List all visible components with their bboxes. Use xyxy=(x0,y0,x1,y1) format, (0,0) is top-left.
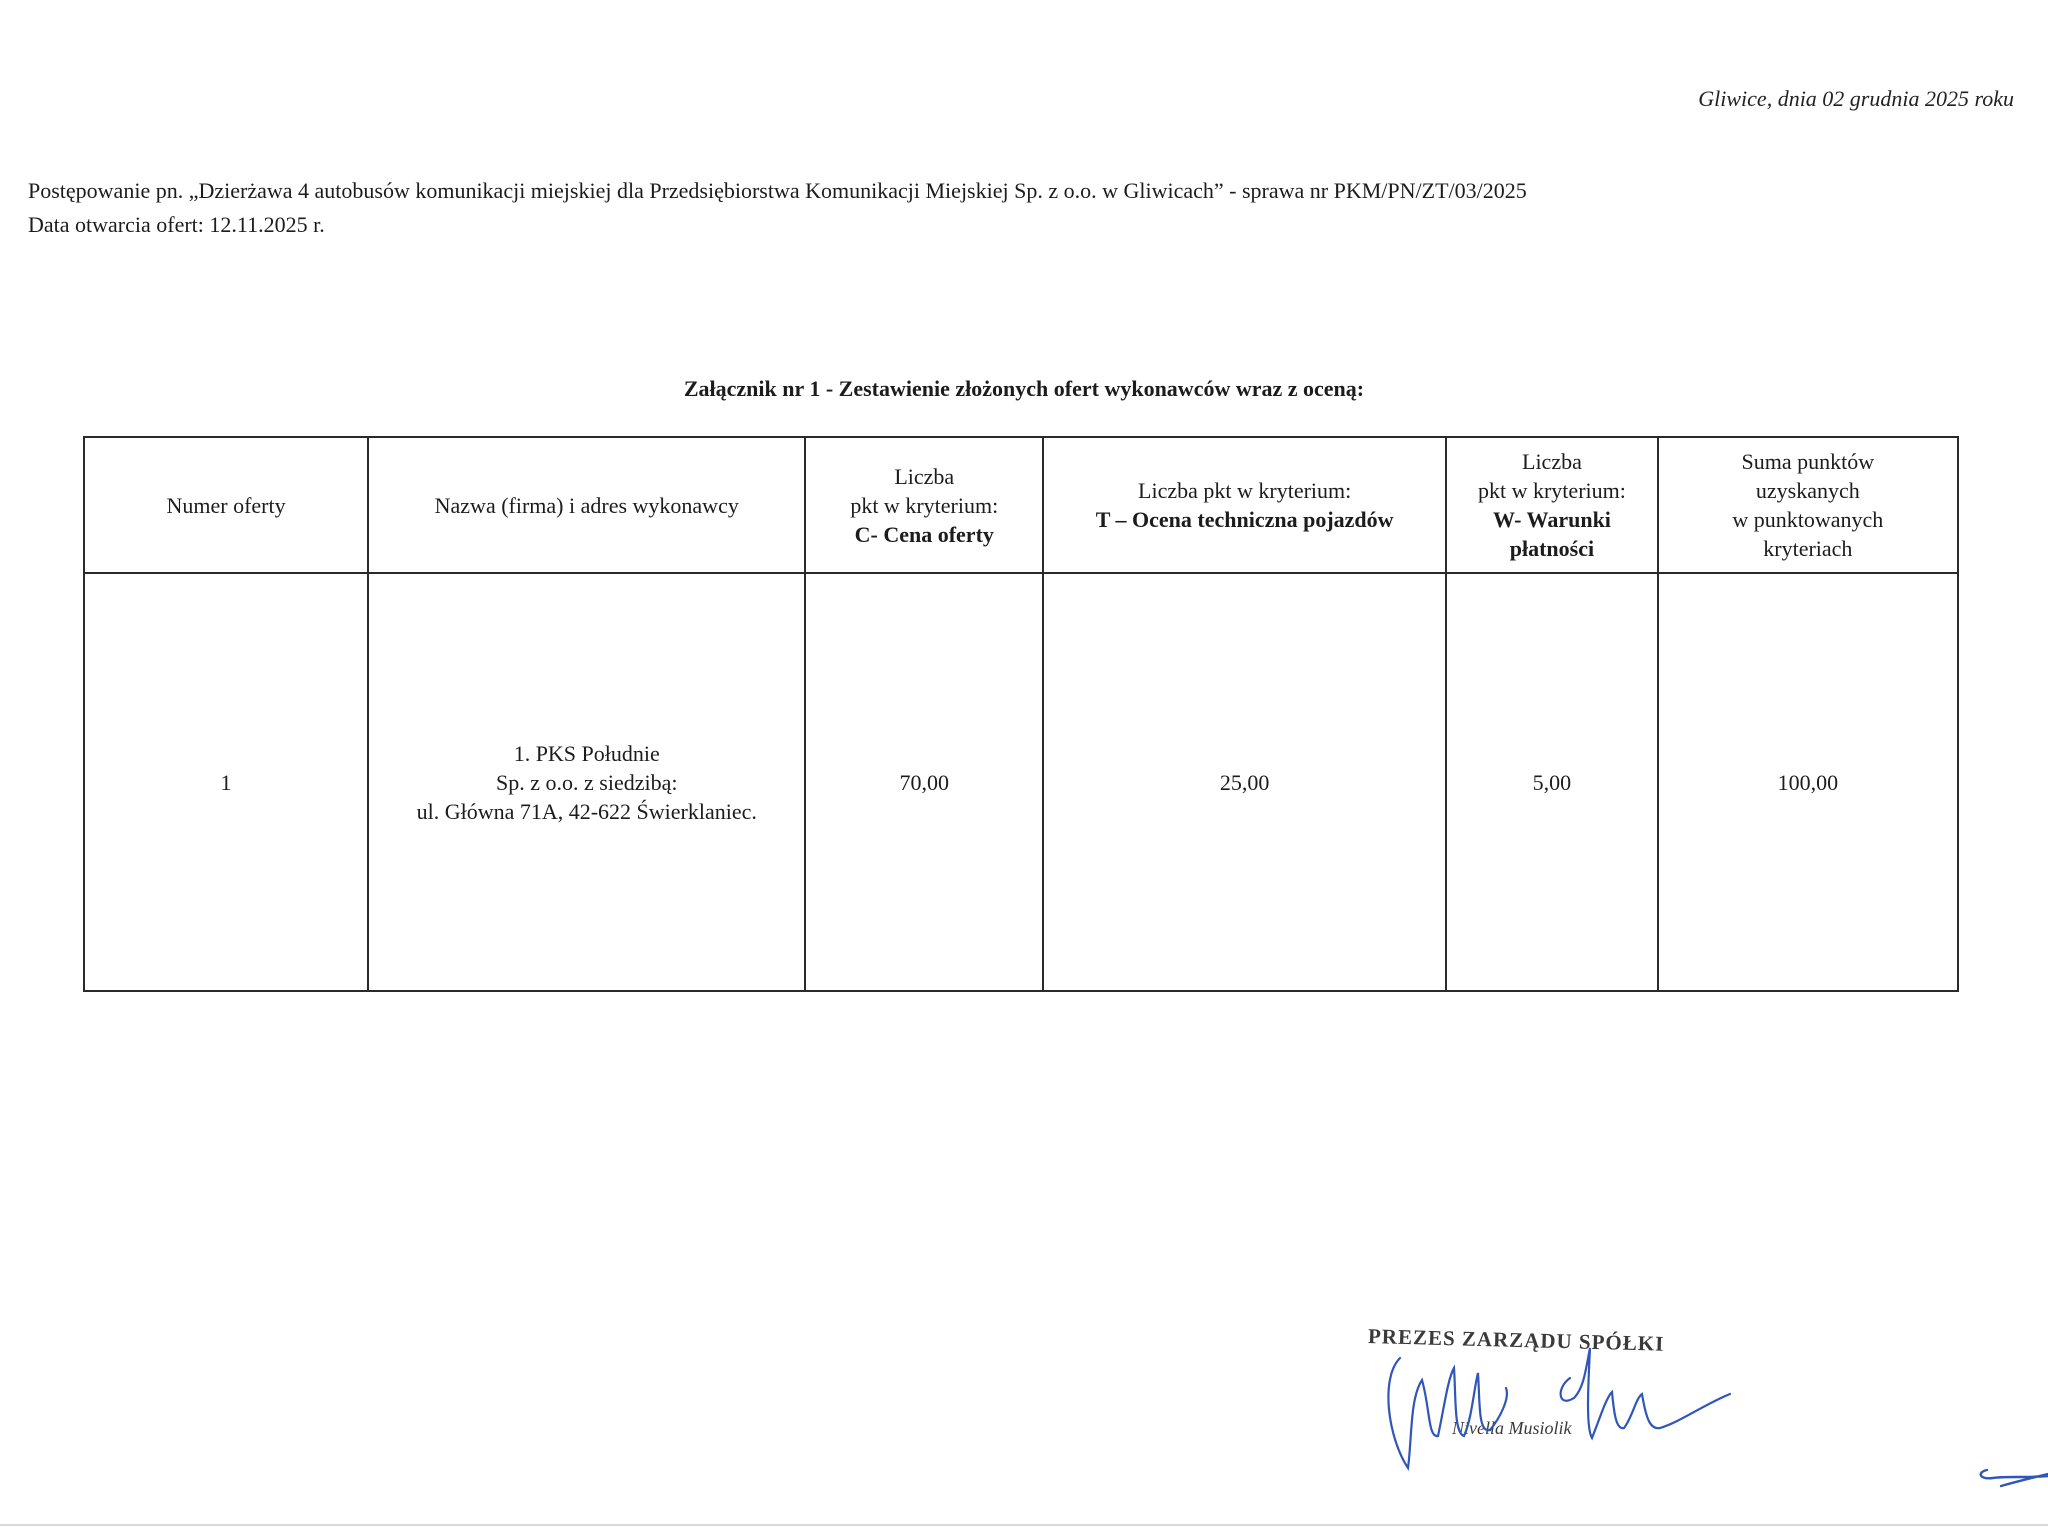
header-technical-criterion: Liczba pkt w kryterium: T – Ocena techni… xyxy=(1043,437,1446,573)
header-price-criterion: Liczba pkt w kryterium: C- Cena oferty xyxy=(805,437,1043,573)
header-contractor: Nazwa (firma) i adres wykonawcy xyxy=(368,437,805,573)
table-header-row: Numer oferty Nazwa (firma) i adres wykon… xyxy=(84,437,1958,573)
cell-payment-points: 5,00 xyxy=(1446,573,1658,991)
intro-block: Postępowanie pn. „Dzierżawa 4 autobusów … xyxy=(28,174,1527,242)
handwritten-signature-icon xyxy=(1360,1318,1780,1478)
offers-table: Numer oferty Nazwa (firma) i adres wykon… xyxy=(83,436,1959,992)
cell-offer-number: 1 xyxy=(84,573,368,991)
opening-date: Data otwarcia ofert: 12.11.2025 r. xyxy=(28,208,1527,242)
signature-block: PREZES ZARZĄDU SPÓŁKI Nivella Musiolik xyxy=(1360,1318,1780,1478)
cell-contractor: 1. PKS Południe Sp. z o.o. z siedzibą: u… xyxy=(368,573,805,991)
header-offer-number: Numer oferty xyxy=(84,437,368,573)
header-total-points: Suma punktów uzyskanych w punktowanych k… xyxy=(1658,437,1958,573)
paraph-mark-icon xyxy=(1975,1464,2048,1494)
cell-price-points: 70,00 xyxy=(805,573,1043,991)
header-payment-criterion: Liczba pkt w kryterium: W- Warunki płatn… xyxy=(1446,437,1658,573)
cell-technical-points: 25,00 xyxy=(1043,573,1446,991)
annex-title: Załącznik nr 1 - Zestawienie złożonych o… xyxy=(0,376,2048,402)
cell-total-points: 100,00 xyxy=(1658,573,1958,991)
page-bottom-edge xyxy=(0,1524,2048,1526)
proceeding-title: Postępowanie pn. „Dzierżawa 4 autobusów … xyxy=(28,174,1527,208)
table-row: 1 1. PKS Południe Sp. z o.o. z siedzibą:… xyxy=(84,573,1958,991)
place-date: Gliwice, dnia 02 grudnia 2025 roku xyxy=(1698,86,2014,112)
